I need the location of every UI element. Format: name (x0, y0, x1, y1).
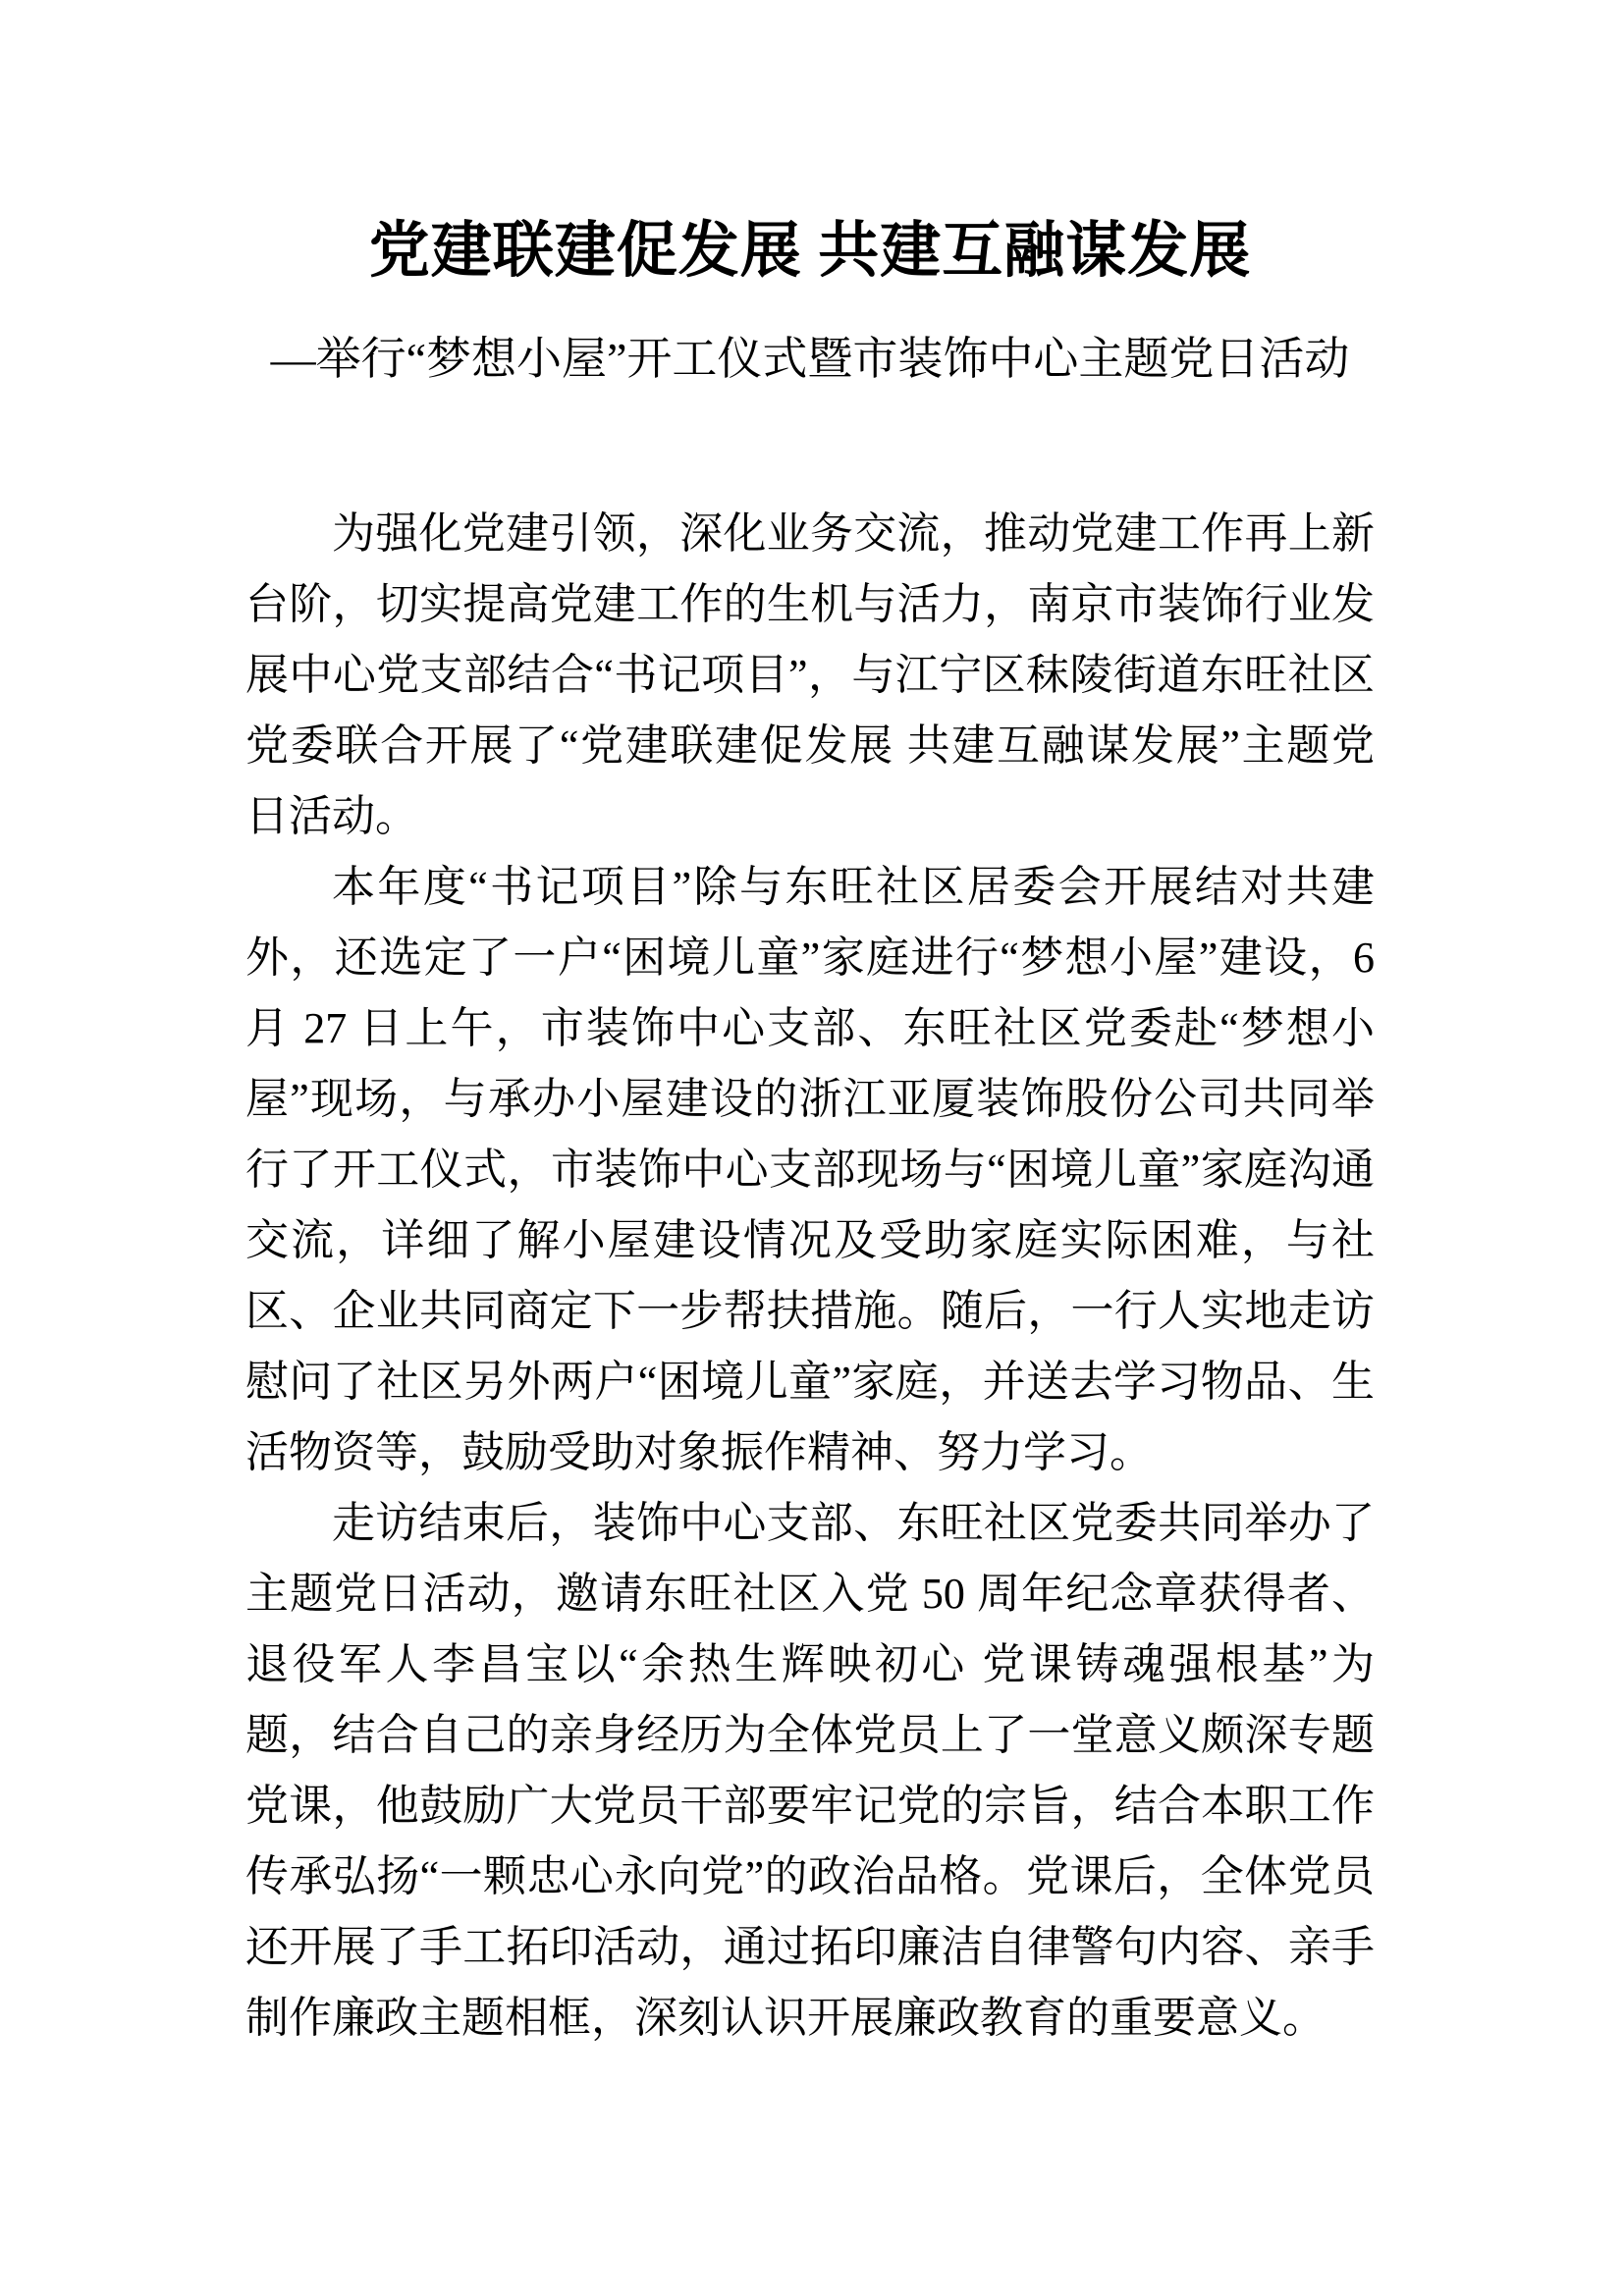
body-paragraph-3: 走访结束后，装饰中心支部、东旺社区党委共同举办了主题党日活动，邀请东旺社区入党 … (245, 1488, 1375, 2054)
document-body: 为强化党建引领，深化业务交流，推动党建工作再上新台阶，切实提高党建工作的生机与活… (245, 499, 1375, 2054)
body-paragraph-2: 本年度“书记项目”除与东旺社区居委会开展结对共建外，还选定了一户“困境儿童”家庭… (245, 852, 1375, 1488)
document-title: 党建联建促发展 共建互融谋发展 (245, 221, 1375, 282)
document-subtitle: —举行“梦想小屋”开工仪式暨市装饰中心主题党日活动 (245, 336, 1375, 383)
document-page: 党建联建促发展 共建互融谋发展 —举行“梦想小屋”开工仪式暨市装饰中心主题党日活… (0, 0, 1624, 2296)
body-paragraph-1: 为强化党建引领，深化业务交流，推动党建工作再上新台阶，切实提高党建工作的生机与活… (245, 499, 1375, 852)
